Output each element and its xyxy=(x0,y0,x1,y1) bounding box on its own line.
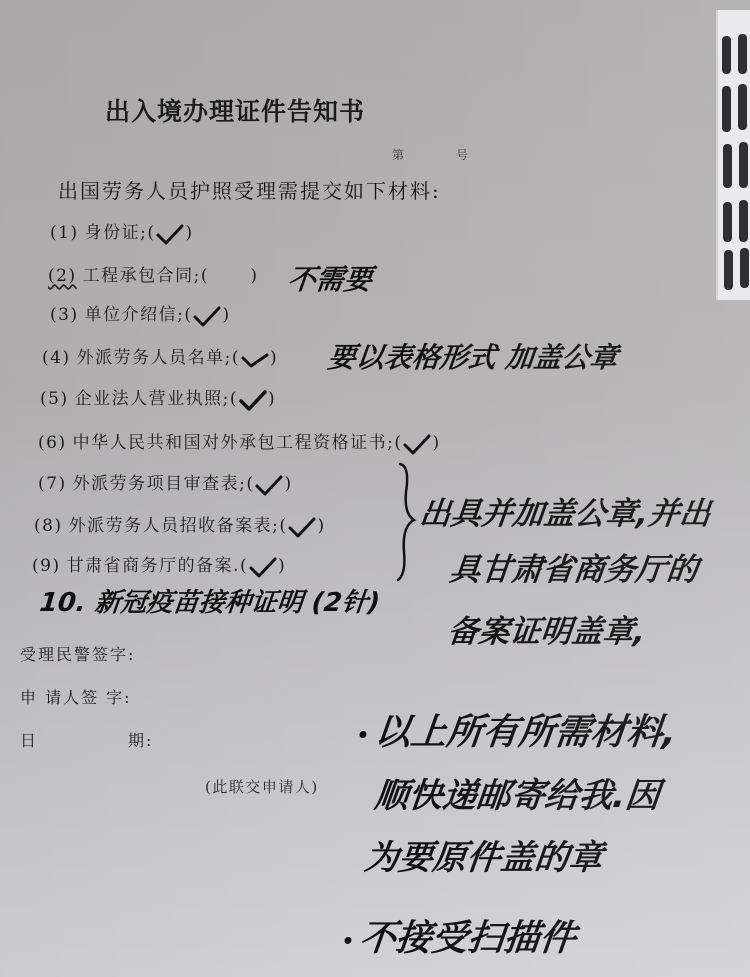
grille-slot xyxy=(738,84,747,130)
number-label-right: 号 xyxy=(456,148,468,162)
item-number: (5) xyxy=(40,389,69,409)
document-title: 出入境办理证件告知书 xyxy=(105,92,365,128)
handwritten-note-4: 不接受扫描件 xyxy=(342,910,578,961)
background-grille xyxy=(716,10,750,300)
item-number: (3) xyxy=(50,305,79,325)
checkmark-icon xyxy=(192,306,222,326)
item-number: (6) xyxy=(38,433,67,453)
bullet-icon xyxy=(359,731,367,738)
material-item-2: (2)工程承包合同;( ) xyxy=(48,261,259,286)
item-label: 工程承包合同; xyxy=(83,266,201,286)
grille-slot xyxy=(724,250,733,290)
material-item-9: (9)甘肃省商务厅的备案.() xyxy=(32,551,286,577)
copy-note: (此联交申请人) xyxy=(205,776,319,797)
intro-text: 出国劳务人员护照受理需提交如下材料: xyxy=(58,175,441,204)
item-number: (4) xyxy=(42,348,71,368)
checkmark-icon xyxy=(238,390,268,410)
item-label: 中华人民共和国对外承包工程资格证书; xyxy=(73,433,395,453)
material-item-8: (8)外派劳务人员招收备案表;() xyxy=(34,511,326,537)
material-item-1: (1)身份证;() xyxy=(50,218,194,244)
handwritten-brace-note-line-2: 具甘肃省商务厅的 xyxy=(448,544,701,589)
grille-slot xyxy=(722,86,731,132)
checkmark-icon xyxy=(248,557,278,577)
item-label: 企业法人营业执照; xyxy=(75,389,230,409)
curly-brace-icon xyxy=(392,462,418,582)
item-number: (7) xyxy=(38,474,67,494)
handwritten-brace-note-line-1: 出具并加盖公章,并出 xyxy=(418,488,714,533)
checkmark-icon xyxy=(240,349,270,369)
grille-slot xyxy=(738,34,747,74)
handwritten-item-10: 10. 新冠疫苗接种证明 (2针) xyxy=(38,582,382,619)
material-item-7: (7)外派劳务项目审查表;() xyxy=(38,469,293,495)
material-item-3: (3)单位介绍信;() xyxy=(50,300,231,326)
document-photo: 出入境办理证件告知书 第号 出国劳务人员护照受理需提交如下材料: (1)身份证;… xyxy=(0,0,750,977)
material-item-4: (4)外派劳务人员名单;() xyxy=(42,343,278,369)
checkmark-icon xyxy=(287,517,317,537)
item-number: (1) xyxy=(50,223,79,243)
handwritten-note-item-2: 不需要 xyxy=(286,258,374,298)
date-label-left: 日 xyxy=(20,728,38,751)
number-label-left: 第 xyxy=(392,148,404,162)
handwritten-note-3: 为要原件盖的章 xyxy=(362,830,605,879)
item-label: 外派劳务人员名单; xyxy=(77,348,232,368)
checkmark-icon xyxy=(155,224,185,244)
grille-slot xyxy=(740,248,749,288)
material-item-5: (5)企业法人营业执照;() xyxy=(40,384,276,410)
item-label: 外派劳务人员招收备案表; xyxy=(69,516,280,536)
applicant-signature-label: 申 请人签 字: xyxy=(20,685,132,708)
item-number: (8) xyxy=(34,516,63,536)
item-label: 身份证; xyxy=(85,223,148,243)
grille-slot xyxy=(723,202,732,242)
handwritten-brace-note-line-3: 备案证明盖章, xyxy=(446,606,649,651)
officer-signature-label: 受理民警签字: xyxy=(20,642,135,665)
handwritten-note-item-4: 要以表格形式 加盖公章 xyxy=(326,336,620,376)
grille-slot xyxy=(723,144,732,188)
item-label: 外派劳务项目审查表; xyxy=(73,474,247,494)
grille-slot xyxy=(739,142,748,188)
grille-slot xyxy=(739,200,748,242)
bullet-icon xyxy=(344,937,352,944)
material-item-6: (6)中华人民共和国对外承包工程资格证书;() xyxy=(38,428,441,454)
checkmark-icon xyxy=(254,475,284,495)
handwritten-note-4-text: 不接受扫描件 xyxy=(358,918,578,959)
handwritten-note-2: 顺快递邮寄给我.因 xyxy=(372,768,662,817)
document-number: 第号 xyxy=(392,146,520,163)
item-number: (2) xyxy=(48,266,77,286)
item-number: (9) xyxy=(32,556,61,576)
item-label: 单位介绍信; xyxy=(85,305,185,325)
item-label: 甘肃省商务厅的备案. xyxy=(67,556,240,576)
grille-slot xyxy=(722,36,731,74)
handwritten-note-1: 以上所有所需材料, xyxy=(357,704,679,755)
date-label-right: 期: xyxy=(128,728,153,751)
checkmark-icon xyxy=(402,434,432,454)
handwritten-note-1-text: 以上所有所需材料, xyxy=(373,712,679,753)
